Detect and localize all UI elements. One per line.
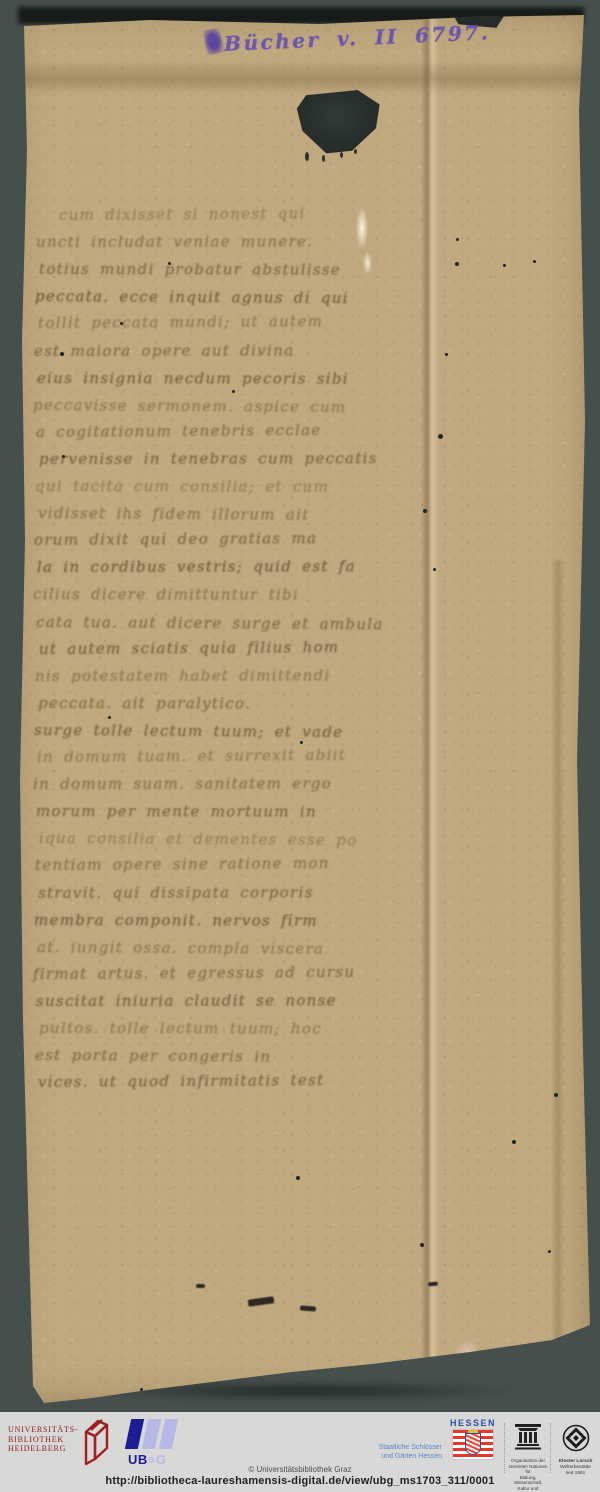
dark-mark	[196, 1284, 205, 1288]
right-edge-crease	[552, 560, 564, 1412]
hessen-wordmark: HESSEN	[444, 1418, 502, 1428]
manuscript-text-line: totius mundi probatur abstulisse	[39, 260, 341, 285]
ink-speck	[108, 716, 111, 719]
shield-icon	[465, 1433, 481, 1455]
manuscript-text-line: peccata. ecce inquit agnus di qui	[35, 287, 349, 313]
manuscript-text-line: est porta per congeris in	[35, 1046, 271, 1072]
digitized-manuscript-page: Bücher v. II 6797. cum dixisset si nones…	[0, 0, 600, 1492]
manuscript-text-line: vices. ut quod infirmitatis test	[38, 1071, 325, 1097]
ink-speck	[433, 568, 436, 571]
copyright-line: © Universitätsbibliothek Graz	[0, 1465, 600, 1474]
hole-drip	[340, 152, 343, 158]
manuscript-text-line: pultos. tolle lectum tuum; hoc	[39, 1019, 322, 1044]
ink-speck	[232, 390, 235, 393]
ink-speck	[445, 353, 448, 356]
ink-speck	[456, 238, 459, 241]
manuscript-text-line: membra componit. nervos firm	[34, 911, 318, 936]
manuscript-text-line: in domum tuam. et surrexit abiit	[37, 746, 346, 772]
parchment-hole	[295, 90, 387, 156]
white-patch	[363, 252, 372, 274]
ink-speck	[455, 262, 459, 266]
manuscript-text-line: qui tacita cum consilia; et cum	[35, 477, 329, 502]
ink-speck	[168, 262, 171, 265]
ink-speck	[533, 260, 536, 263]
hole-drip	[322, 155, 325, 162]
manuscript-text-line: firmat artus. et egressus ad cursu	[33, 963, 355, 989]
manuscript-text-line: uncti includat veniae munere.	[36, 232, 313, 257]
pink-stain	[455, 1338, 479, 1372]
ink-speck	[296, 1176, 300, 1180]
manuscript-text-line: la in cordibus vestris; quid est fa	[37, 558, 356, 583]
manuscript-text-line: in domum suam. sanitatem ergo	[33, 774, 332, 799]
manuscript-text-line: stravit. qui dissipata corporis	[38, 883, 314, 908]
ink-speck	[503, 264, 506, 267]
manuscript-text-line: nis potestatem habet dimittendi	[35, 666, 331, 691]
shelfmark-inscription: Bücher v. II 6797.	[224, 20, 491, 56]
photo-background: Bücher v. II 6797. cum dixisset si nones…	[0, 0, 600, 1412]
ink-speck	[548, 1250, 551, 1253]
ink-speck	[120, 322, 123, 325]
unesco-temple-icon	[513, 1424, 543, 1450]
dark-mark	[248, 1296, 275, 1307]
manuscript-text-line: a cogitationum tenebris ecclae	[36, 421, 322, 447]
ink-speck	[420, 1243, 424, 1247]
hole-drip	[305, 152, 309, 161]
manuscript-text-line: iqua consilia et dementes esse po	[39, 829, 358, 855]
manuscript-text-line: vidisset ihs fidem illorum ait	[38, 504, 310, 530]
staatliche-schloesser-caption: Staatliche Schlösser und Gärten Hessen	[328, 1444, 442, 1461]
manuscript-text-line: ut autem sciatis quia filius hom	[39, 638, 340, 664]
heidelberg-book-icon	[74, 1417, 110, 1467]
top-fold-crease	[0, 60, 600, 94]
ubgraz-books-icon	[128, 1419, 188, 1449]
parchment-sheet: Bücher v. II 6797. cum dixisset si nones…	[0, 0, 600, 1412]
ink-speck	[438, 434, 443, 439]
manuscript-text-line: eius insignia necdum pecoris sibi	[37, 369, 349, 394]
ink-speck	[423, 509, 427, 513]
ink-speck	[300, 741, 303, 744]
heidelberg-library-wordmark: UNIVERSITÄTS- BIBLIOTHEK HEIDELBERG	[8, 1425, 78, 1454]
ubgraz-logo: UB≡G	[128, 1419, 188, 1467]
source-url: http://bibliotheca-laureshamensis-digita…	[0, 1475, 600, 1487]
ink-speck	[60, 352, 64, 356]
dark-mark	[300, 1305, 316, 1311]
hessen-logo: HESSEN	[444, 1418, 502, 1459]
viewer-footer: UNIVERSITÄTS- BIBLIOTHEK HEIDELBERG UB≡G	[0, 1412, 600, 1492]
ink-speck	[140, 1388, 143, 1391]
kloster-lorsch-emblem-icon	[562, 1424, 590, 1452]
ink-speck	[512, 1140, 516, 1144]
manuscript-text-line: est maiora opere aut divina	[34, 341, 294, 366]
manuscript-text-line: tentiam opere sine ratione mon	[35, 854, 330, 880]
manuscript-text-line: morum per mente mortuum in	[36, 802, 317, 827]
vertical-fold-crease	[421, 0, 439, 1412]
manuscript-text-line: suscitat iniuria claudit se nonse	[36, 991, 337, 1016]
manuscript-text-line: tollit peccata mundi; ut autem	[38, 312, 323, 338]
ink-speck	[554, 1093, 558, 1097]
manuscript-text-line: cata tua. aut dicere surge et ambula	[36, 613, 384, 639]
manuscript-text-line: pervenisse in tenebras cum peccatis	[39, 449, 378, 474]
manuscript-text-line: peccavisse sermonem. aspice cum	[33, 396, 347, 422]
hole-drip	[354, 149, 357, 154]
manuscript-text-line: cilius dicere dimittuntur tibi	[33, 585, 299, 610]
manuscript-text-line: surge tolle lectum tuum; et vade	[34, 721, 344, 747]
manuscript-text-line: cum dixisset si nonest qui	[59, 204, 306, 230]
manuscript-text-line: orum dixit qui deo gratias ma	[34, 529, 317, 555]
ink-blot	[203, 28, 225, 56]
hessen-coat-of-arms	[453, 1430, 493, 1459]
white-patch	[356, 208, 368, 248]
manuscript-text-line: at. iungit ossa. compla viscera	[37, 938, 324, 964]
manuscript-text-line: peccata. ait paralytico.	[38, 694, 251, 718]
ink-speck	[62, 455, 65, 458]
